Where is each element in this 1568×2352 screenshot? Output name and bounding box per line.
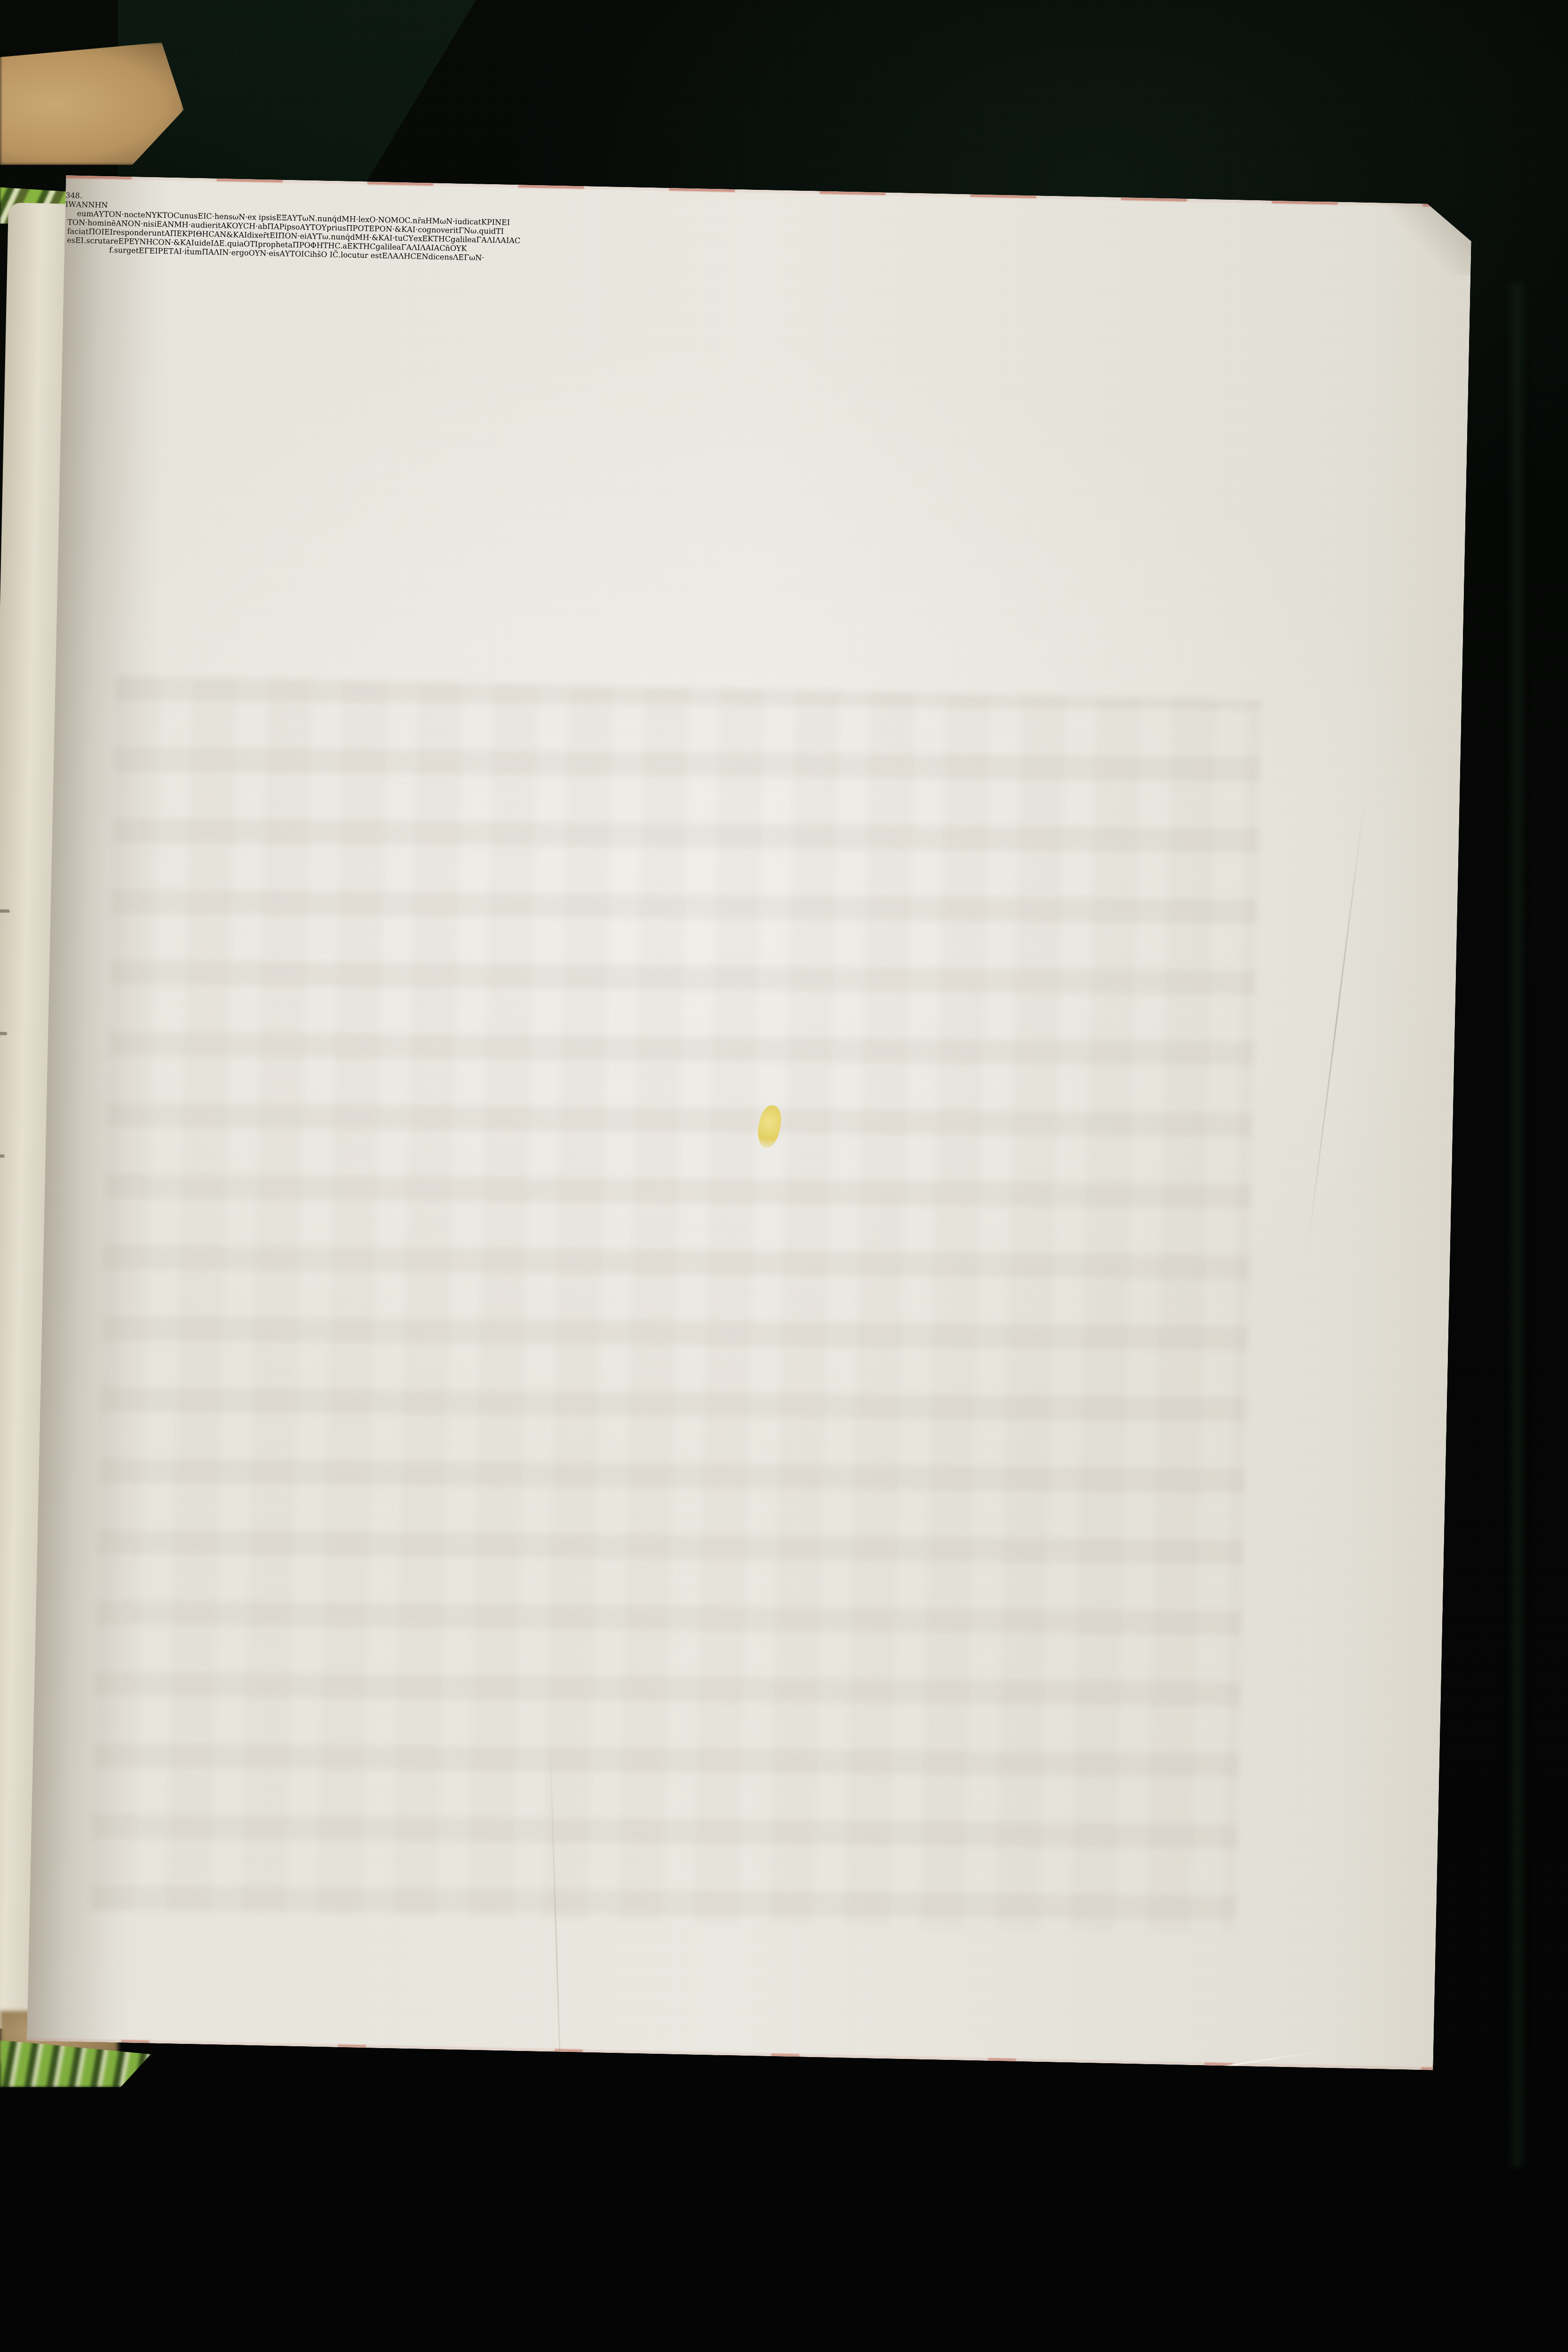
greek-word: ΟΥΝ· — [249, 248, 269, 258]
decorated-initial: Π — [202, 247, 208, 256]
latin-gloss: & — [394, 225, 401, 234]
greek-word: Ο ΙC̄. — [321, 250, 341, 259]
greek-word: ΑΥΤΟΙC — [279, 249, 310, 259]
greek-word: ΚΑΙ — [180, 238, 194, 247]
latin-gloss: & — [173, 238, 180, 247]
cut-corner-shade — [1386, 203, 1472, 276]
greek-word: ΓΑΛΙΛΑΙΑC — [476, 235, 520, 245]
latin-gloss: nr̄a — [413, 216, 426, 225]
latin-gloss: dicens — [428, 252, 453, 261]
word-unit: exΕΚΤΗC — [413, 234, 450, 244]
page-edge-mark — [0, 1032, 7, 1036]
greek-word: ΟΥΚ — [450, 244, 467, 253]
greek-word: ΑΥΤω. — [307, 232, 331, 241]
latin-gloss: quia — [227, 239, 244, 248]
word-unit: eisΑΥΤΟΙC — [269, 249, 310, 259]
greek-word: Ο·ΝΟΜΟC. — [369, 215, 413, 225]
word-unit: &ΚΑΙ — [173, 238, 194, 247]
greek-word: ΠΡΟΤΕΡΟΝ· — [346, 223, 395, 233]
smudge-fleck — [66, 182, 71, 186]
latin-gloss: ihs̄ — [310, 250, 321, 259]
greek-word: ΚΡΙΝΕΙ — [481, 217, 510, 227]
greek-word: ΕΛΑΛΗCΕΝ — [382, 251, 429, 261]
page-edge-mark — [0, 909, 10, 913]
word-unit: lexΟ·ΝΟΜΟC. — [358, 215, 413, 225]
word-unit: locutur estΕΛΑΛΗCΕΝ — [341, 250, 428, 261]
greek-word: ΠΑΡ — [267, 222, 285, 231]
latin-gloss: locutur est — [341, 250, 382, 260]
word-unit: quiaΟΤΙ — [227, 239, 258, 248]
greek-word: ΚΑΙ — [233, 230, 247, 239]
greek-word: ΕΚΤΗC — [422, 234, 451, 244]
word-unit: hensωΝ· — [214, 212, 248, 221]
word-unit: &ΚΑΙ· — [394, 225, 418, 234]
decorated-initial: Μ — [342, 214, 350, 223]
latin-gloss: hens — [214, 212, 233, 221]
latin-gloss: & — [226, 230, 233, 239]
word-unit: n̄ΟΥΚ — [445, 244, 467, 253]
ink-showthrough — [91, 676, 1261, 1934]
word-unit: nr̄aΗΜωΝ· — [413, 216, 455, 226]
latin-gloss: ei — [300, 231, 307, 240]
latin-gloss: galilea — [376, 242, 401, 252]
word-unit: tuCΥ — [395, 234, 414, 243]
latin-gloss: dixer̄t — [247, 230, 269, 240]
greek-word: ΓΝω. — [458, 226, 479, 235]
word-unit: aΕΚΤΗC — [343, 241, 376, 251]
latin-gloss: propheta — [258, 240, 293, 250]
latin-gloss: lex — [358, 215, 369, 224]
word-unit: ergoΟΥΝ· — [231, 248, 269, 258]
latin-gloss: eis — [269, 249, 279, 258]
greek-word: ΕΙC· — [197, 212, 214, 221]
greek-word: CΥ — [403, 234, 414, 243]
greek-word: ΑΥΤΟΥ — [300, 222, 327, 232]
greek-word: ΙΔΕ. — [211, 238, 227, 248]
greek-word: ΠΑΛΙΝ· — [202, 247, 231, 257]
latin-gloss: it̄um — [184, 247, 202, 256]
greek-word: ΚΑΙ· — [401, 225, 418, 234]
latin-gloss: a — [343, 241, 347, 250]
word-unit: iudicatΚΡΙΝΕΙ — [455, 217, 510, 227]
word-unit: eiΑΥΤω. — [300, 231, 331, 241]
word-unit: dicensΛΕΓωΝ· — [428, 252, 484, 262]
greek-word: ΕΙΠΟΝ· — [269, 231, 300, 240]
latin-gloss: ergo — [231, 248, 249, 257]
word-unit: it̄umΠΑΛΙΝ· — [184, 247, 231, 257]
greek-word: ΜΗ· — [355, 233, 372, 242]
greek-word: ΚΑΙ· — [378, 233, 395, 243]
cloth-fold-shadow — [1508, 283, 1527, 2167]
word-unit: uideΙΔΕ. — [194, 238, 227, 248]
latin-gloss: prius — [327, 223, 346, 233]
latin-gloss: quid — [479, 226, 496, 236]
latin-gloss: uide — [194, 238, 211, 248]
word-unit: dixer̄tΕΙΠΟΝ· — [247, 230, 300, 240]
word-unit: &ΚΑΙ — [226, 230, 247, 239]
page-edge-mark — [0, 1154, 5, 1158]
greek-word: ΕΚΤΗC — [347, 242, 376, 251]
latin-gloss: audierit — [191, 220, 221, 230]
photo-of-manuscript: 348. ΙWΑΝΝΗΝ eumΑΥΤΟΝ·nocteΝΥΚΤΟCunusΕΙC… — [0, 0, 1568, 2352]
greek-word: ΑΚΟΥCΗ· — [221, 221, 258, 231]
greek-word: ΛΕΓωΝ· — [453, 253, 484, 262]
latin-gloss: & — [372, 233, 379, 242]
greek-word: ΕΞΑΥΤωΝ. — [276, 213, 318, 223]
latin-gloss: ipso — [284, 222, 300, 232]
green-endband-bottom — [0, 2040, 151, 2087]
word-unit: abΠΑΡ — [258, 222, 284, 231]
latin-gloss: unus — [179, 211, 198, 220]
word-unit: quidΤΙ — [479, 226, 504, 236]
greek-word: ΟΤΙ — [244, 239, 258, 249]
greek-word: ΗΜωΝ· — [425, 216, 455, 226]
word-unit: ipsoΑΥΤΟΥ — [284, 222, 327, 232]
greek-word: ωΝ· — [232, 212, 248, 221]
word-unit: nunq́dΜΗ· — [331, 232, 372, 242]
latin-gloss: ex ipsis — [247, 212, 276, 222]
greek-word: ΠΡΟΦΗΤΗC. — [293, 240, 343, 250]
red-stained-edge-bottom — [27, 2038, 1433, 2070]
word-unit: nunq́dΜΗ· — [318, 214, 359, 224]
decorated-initial: Μ — [355, 233, 363, 242]
greek-word: ΤΙ — [496, 227, 504, 236]
latin-gloss: nunq́d — [318, 214, 342, 223]
latin-gloss: nunq́d — [331, 232, 355, 242]
latin-gloss: ex — [413, 234, 422, 243]
word-unit: &ΚΑΙ· — [372, 233, 395, 243]
parchment-page: 348. ΙWΑΝΝΗΝ eumΑΥΤΟΝ·nocteΝΥΚΤΟCunusΕΙC… — [27, 175, 1472, 2070]
greek-word: ΜΗ· — [342, 214, 359, 224]
latin-gloss: iudicat — [455, 217, 481, 226]
word-unit: unusΕΙC· — [179, 211, 214, 221]
decorated-initial: Ο — [244, 239, 250, 248]
smudge-fleck — [65, 186, 71, 191]
latin-gloss: galilea — [450, 235, 476, 244]
parchment-crease — [1307, 793, 1366, 1251]
greek-word: ΓΑΛΙΛΑΙΑC — [401, 243, 445, 253]
latin-gloss: cognoverit — [418, 225, 459, 235]
latin-gloss: ab — [258, 222, 267, 231]
word-unit: ihs̄Ο ΙC̄. — [310, 250, 341, 259]
latin-gloss: tu — [395, 234, 403, 243]
